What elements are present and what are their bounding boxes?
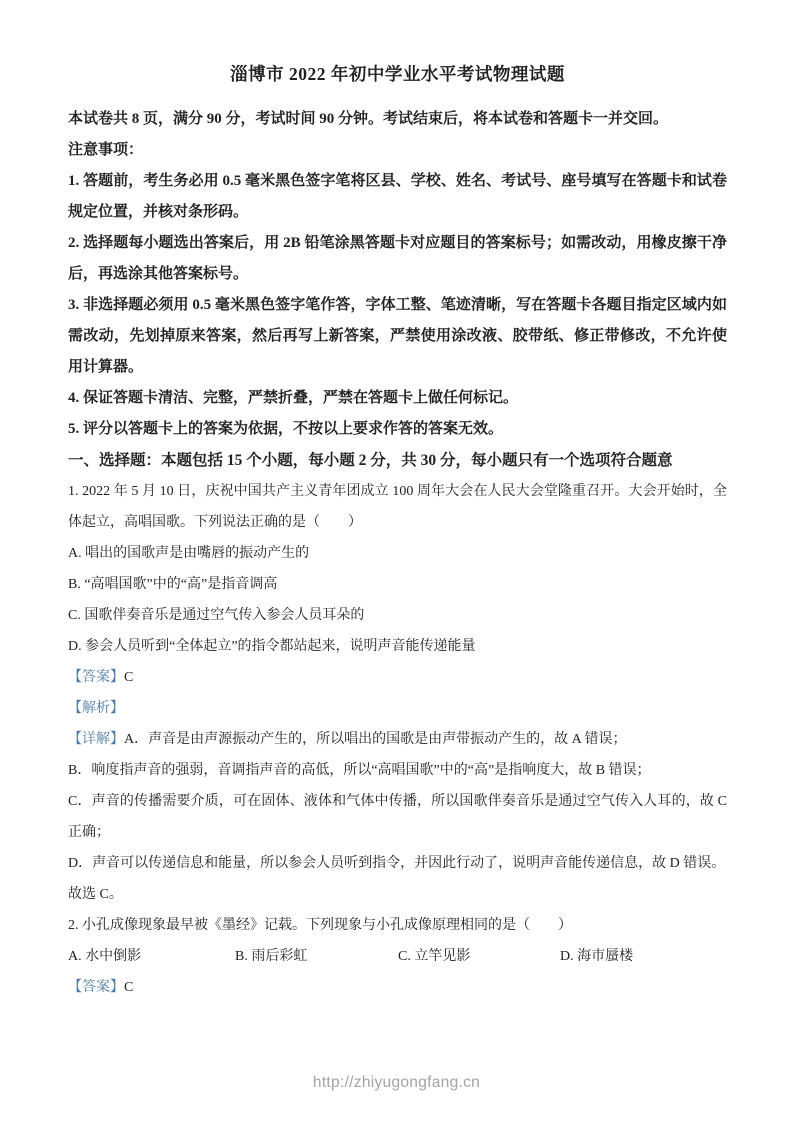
analysis-label: 【解析】 [68, 701, 124, 716]
document-content: 淄博市 2022 年初中学业水平考试物理试题 本试卷共 8 页，满分 90 分，… [0, 0, 793, 1003]
question-1-detail-line-b: B．响度指声音的强弱，音调指声音的高低，所以“高唱国歌”中的“高”是指响度大，故… [68, 755, 727, 786]
watermark-url: http://zhiyugongfang.cn [0, 1074, 793, 1092]
question-1-detail-line-a: 【详解】A．声音是由声源振动产生的，所以唱出的国歌是由声带振动产生的，故 A 错… [68, 724, 727, 755]
detail-label: 【详解】 [68, 732, 124, 747]
exam-intro-paragraph: 本试卷共 8 页，满分 90 分，考试时间 90 分钟。考试结束后，将本试卷和答… [68, 104, 727, 135]
question-2-answer-line: 【答案】C [68, 972, 727, 1003]
notice-heading: 注意事项： [68, 135, 727, 166]
answer-label: 【答案】 [68, 980, 124, 995]
page-title: 淄博市 2022 年初中学业水平考试物理试题 [68, 58, 727, 90]
question-1-option-c: C. 国歌伴奏音乐是通过空气传入参会人员耳朵的 [68, 600, 727, 631]
section-heading-choice-questions: 一、选择题：本题包括 15 个小题，每小题 2 分，共 30 分，每小题只有一个… [68, 445, 727, 476]
answer-label: 【答案】 [68, 670, 124, 685]
question-2-answer-value: C [124, 980, 133, 995]
question-2-option-d: D. 海市蜃楼 [560, 941, 633, 972]
question-2-option-a: A. 水中倒影 [68, 941, 235, 972]
question-1-stem: 1. 2022 年 5 月 10 日，庆祝中国共产主义青年团成立 100 周年大… [68, 476, 727, 538]
notice-item-1: 1. 答题前，考生务必用 0.5 毫米黑色签字笔将区县、学校、姓名、考试号、座号… [68, 166, 727, 228]
question-2-option-b: B. 雨后彩虹 [235, 941, 398, 972]
notice-item-3: 3. 非选择题必须用 0.5 毫米黑色签字笔作答，字体工整、笔迹清晰，写在答题卡… [68, 290, 727, 383]
question-2-option-c: C. 立竿见影 [398, 941, 560, 972]
question-2-options-row: A. 水中倒影B. 雨后彩虹C. 立竿见影D. 海市蜃楼 [68, 941, 727, 972]
exam-document-page: 淄博市 2022 年初中学业水平考试物理试题 本试卷共 8 页，满分 90 分，… [0, 0, 793, 1122]
question-1-conclusion: 故选 C。 [68, 879, 727, 910]
notice-item-5: 5. 评分以答题卡上的答案为依据，不按以上要求作答的答案无效。 [68, 414, 727, 445]
question-2-stem: 2. 小孔成像现象最早被《墨经》记载。下列现象与小孔成像原理相同的是（ ） [68, 910, 727, 941]
question-1-answer-line: 【答案】C [68, 662, 727, 693]
notice-item-4: 4. 保证答题卡清洁、完整，严禁折叠，严禁在答题卡上做任何标记。 [68, 383, 727, 414]
question-1-option-a: A. 唱出的国歌声是由嘴唇的振动产生的 [68, 538, 727, 569]
question-1-option-d: D. 参会人员听到“全体起立”的指令都站起来，说明声音能传递能量 [68, 631, 727, 662]
question-1-answer-value: C [124, 670, 133, 685]
detail-text-a: A．声音是由声源振动产生的，所以唱出的国歌是由声带振动产生的，故 A 错误； [124, 732, 626, 747]
notice-item-2: 2. 选择题每小题选出答案后，用 2B 铅笔涂黑答题卡对应题目的答案标号；如需改… [68, 228, 727, 290]
question-1-option-b: B. “高唱国歌”中的“高”是指音调高 [68, 569, 727, 600]
question-1-detail-line-c: C．声音的传播需要介质，可在固体、液体和气体中传播，所以国歌伴奏音乐是通过空气传… [68, 786, 727, 848]
question-1-analysis-line: 【解析】 [68, 693, 727, 724]
question-1-detail-line-d: D．声音可以传递信息和能量，所以参会人员听到指令，并因此行动了，说明声音能传递信… [68, 848, 727, 879]
